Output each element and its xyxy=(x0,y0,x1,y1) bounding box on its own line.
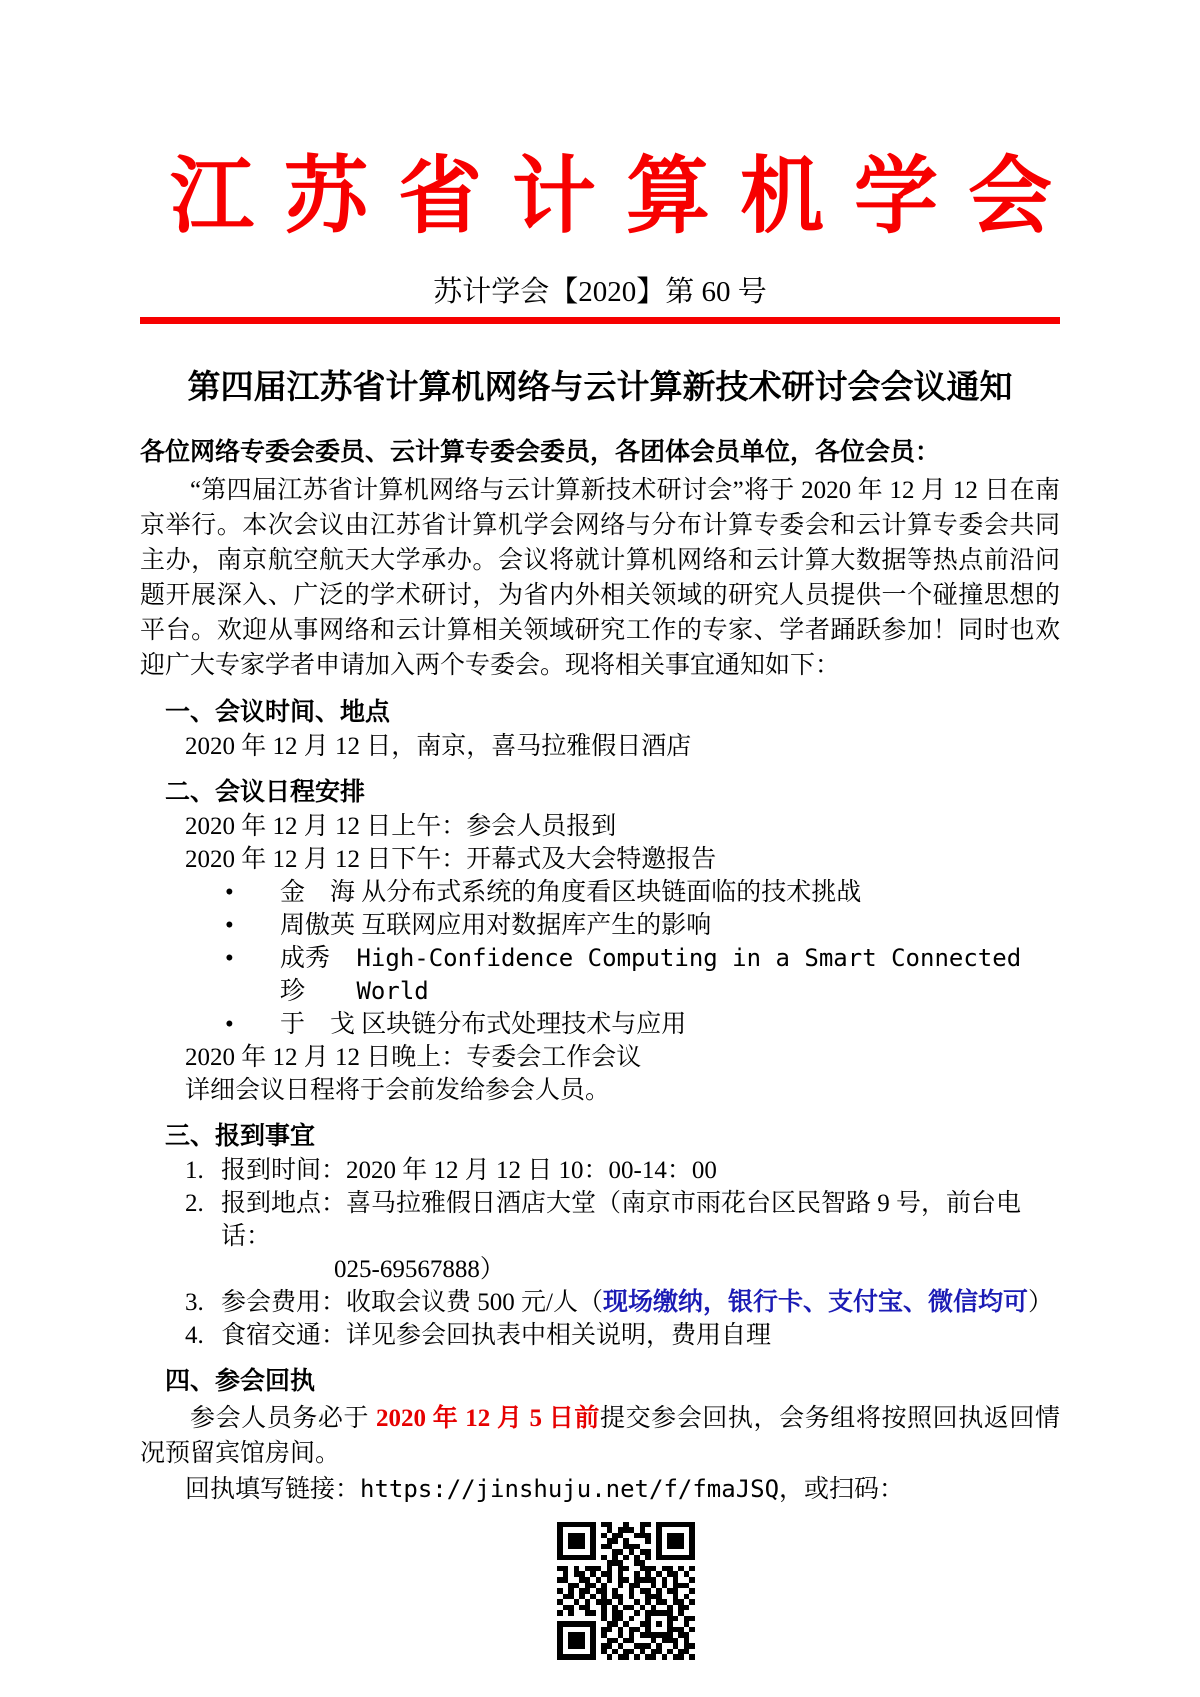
talk-item: • 于 戈 区块链分布式处理技术与应用 xyxy=(140,1008,1060,1041)
bullet-icon: • xyxy=(225,942,280,1008)
bullet-icon: • xyxy=(225,1008,280,1041)
talk-title: 区块链分布式处理技术与应用 xyxy=(361,1008,686,1041)
reply-text: 参会人员务必于 xyxy=(190,1405,376,1432)
document-number: 苏计学会【2020】第 60 号 xyxy=(140,275,1060,309)
section-2-heading: 二、会议日程安排 xyxy=(140,776,1060,810)
item-text-line2: 025-69567888） xyxy=(221,1253,1060,1286)
item-number: 3. xyxy=(185,1286,221,1319)
item-text: 报到时间：2020 年 12 月 12 日 10：00-14：00 xyxy=(221,1154,1060,1187)
document-page: 江苏省计算机学会 苏计学会【2020】第 60 号 第四届江苏省计算机网络与云计… xyxy=(0,0,1200,1697)
red-divider-line xyxy=(140,317,1060,324)
greeting-line: 各位网络专委会委员、云计算专委会委员，各团体会员单位，各位会员： xyxy=(140,435,1060,470)
item-text: 食宿交通：详见参会回执表中相关说明，费用自理 xyxy=(221,1319,1060,1352)
talk-title: 互联网应用对数据库产生的影响 xyxy=(361,909,711,942)
registration-item-lodging: 4. 食宿交通：详见参会回执表中相关说明，费用自理 xyxy=(140,1319,1060,1352)
fee-payment-highlight: 现场缴纳，银行卡、支付宝、微信均可 xyxy=(603,1289,1028,1316)
reply-form-url: https://jinshuju.net/f/fmaJSQ xyxy=(360,1475,779,1503)
agenda-afternoon-line: 2020 年 12 月 12 日下午：开幕式及大会特邀报告 xyxy=(140,843,1060,876)
fee-text-close: ） xyxy=(1028,1289,1053,1316)
notice-title: 第四届江苏省计算机网络与云计算新技术研讨会会议通知 xyxy=(140,368,1060,408)
intro-paragraph: “第四届江苏省计算机网络与云计算新技术研讨会”将于 2020 年 12 月 12… xyxy=(140,473,1060,683)
item-number: 2. xyxy=(185,1187,221,1286)
bullet-icon: • xyxy=(225,909,280,942)
talk-speaker: 周傲英 xyxy=(280,909,355,942)
agenda-evening-line: 2020 年 12 月 12 日晚上：专委会工作会议 xyxy=(140,1041,1060,1074)
talk-item: • 成秀珍 High-Confidence Computing in a Sma… xyxy=(140,942,1060,1008)
registration-item-fee: 3. 参会费用：收取会议费 500 元/人（现场缴纳，银行卡、支付宝、微信均可） xyxy=(140,1286,1060,1319)
section-3-heading: 三、报到事宜 xyxy=(140,1120,1060,1154)
bullet-icon: • xyxy=(225,876,280,909)
registration-item-time: 1. 报到时间：2020 年 12 月 12 日 10：00-14：00 xyxy=(140,1154,1060,1187)
section-4-heading: 四、参会回执 xyxy=(140,1365,1060,1399)
talk-speaker: 于 戈 xyxy=(280,1008,355,1041)
item-number: 4. xyxy=(185,1319,221,1352)
link-suffix: ，或扫码： xyxy=(779,1476,904,1503)
talk-item: • 金 海 从分布式系统的角度看区块链面临的技术挑战 xyxy=(140,876,1060,909)
qr-code xyxy=(557,1522,695,1660)
link-label: 回执填写链接： xyxy=(185,1476,360,1503)
talk-speaker: 成秀珍 xyxy=(280,942,350,1008)
agenda-morning-line: 2020 年 12 月 12 日上午：参会人员报到 xyxy=(140,810,1060,843)
talk-speaker: 金 海 xyxy=(280,876,355,909)
item-number: 1. xyxy=(185,1154,221,1187)
talk-title: High-Confidence Computing in a Smart Con… xyxy=(356,942,1060,1008)
registration-item-location: 2. 报到地点：喜马拉雅假日酒店大堂（南京市雨花台区民智路 9 号，前台电话： … xyxy=(140,1187,1060,1286)
section-1-content: 2020 年 12 月 12 日，南京，喜马拉雅假日酒店 xyxy=(140,730,1060,763)
talk-title: 从分布式系统的角度看区块链面临的技术挑战 xyxy=(361,876,861,909)
section-1-heading: 一、会议时间、地点 xyxy=(140,696,1060,730)
fee-text: 参会费用：收取会议费 500 元/人（ xyxy=(221,1289,603,1316)
agenda-note-line: 详细会议日程将于会前发给参会人员。 xyxy=(140,1074,1060,1107)
item-text-line1: 报到地点：喜马拉雅假日酒店大堂（南京市雨花台区民智路 9 号，前台电话： xyxy=(221,1187,1060,1253)
reply-deadline-paragraph: 参会人员务必于 2020 年 12 月 5 日前提交参会回执，会务组将按照回执返… xyxy=(140,1401,1060,1471)
talk-item: • 周傲英 互联网应用对数据库产生的影响 xyxy=(140,909,1060,942)
reply-deadline-date: 2020 年 12 月 5 日前 xyxy=(376,1405,600,1432)
reply-link-line: 回执填写链接：https://jinshuju.net/f/fmaJSQ，或扫码… xyxy=(140,1473,1060,1506)
organization-title: 江苏省计算机学会 xyxy=(140,148,1060,249)
